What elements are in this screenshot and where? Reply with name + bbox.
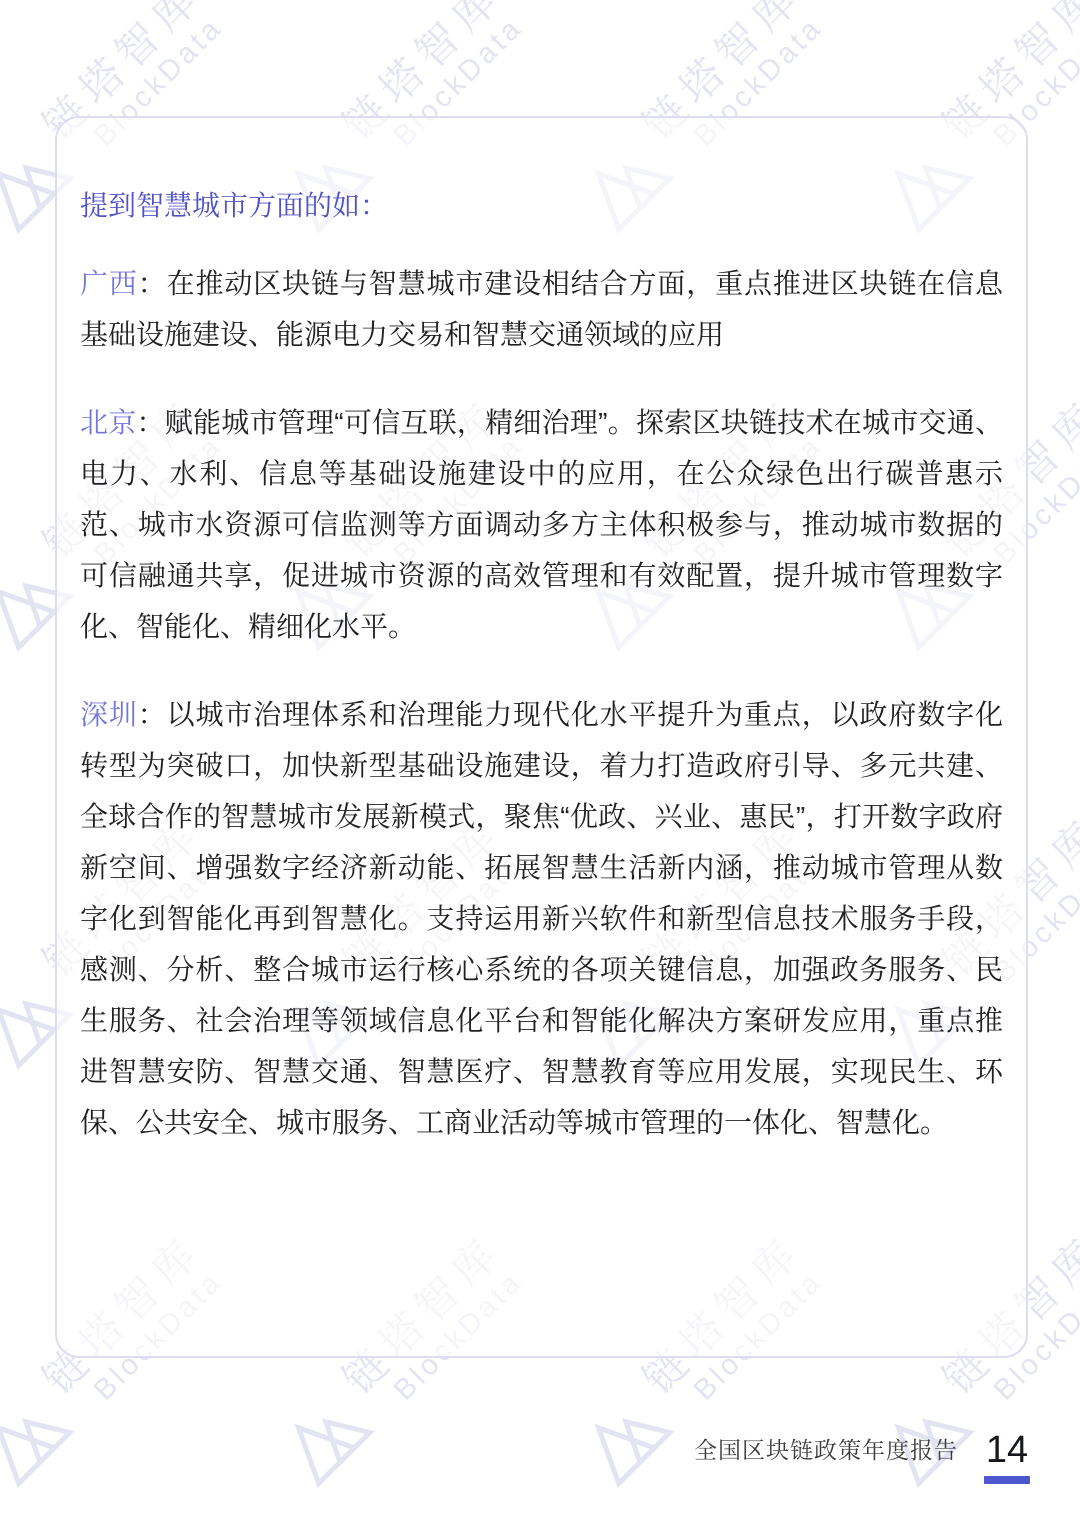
blockdata-logo-icon	[0, 1383, 79, 1493]
page-number: 14	[986, 1431, 1028, 1469]
paragraph-text-beijing: 赋能城市管理“可信互联，精细治理”。探索区块链技术在城市交通、电力、水利、信息等…	[80, 407, 1003, 642]
city-label-guangxi: 广西	[80, 268, 138, 299]
paragraph-text-guangxi: 在推动区块链与智慧城市建设相结合方面，重点推进区块链在信息基础设施建设、能源电力…	[80, 268, 1003, 350]
paragraph-guangxi: 广西：在推动区块链与智慧城市建设相结合方面，重点推进区块链在信息基础设施建设、能…	[80, 258, 1003, 360]
city-label-beijing: 北京	[80, 407, 137, 438]
page-number-underline	[984, 1476, 1030, 1484]
document-page: 链塔智库BlockData链塔智库BlockData链塔智库BlockData链…	[0, 0, 1080, 1526]
colon-shenzhen: ：	[138, 699, 167, 730]
content-card: 提到智慧城市方面的如： 广西：在推动区块链与智慧城市建设相结合方面，重点推进区块…	[55, 116, 1028, 1358]
colon-guangxi: ：	[138, 268, 167, 299]
paragraph-beijing: 北京：赋能城市管理“可信互联，精细治理”。探索区块链技术在城市交通、电力、水利、…	[80, 397, 1003, 652]
page-number-block: 14	[984, 1431, 1030, 1484]
section-heading: 提到智慧城市方面的如：	[80, 180, 1003, 231]
blockdata-logo-icon	[568, 1383, 678, 1493]
paragraph-text-shenzhen: 以城市治理体系和治理能力现代化水平提升为重点，以政府数字化转型为突破口，加快新型…	[80, 699, 1003, 1138]
paragraph-shenzhen: 深圳：以城市治理体系和治理能力现代化水平提升为重点，以政府数字化转型为突破口，加…	[80, 689, 1003, 1148]
colon-beijing: ：	[137, 407, 165, 438]
page-footer: 全国区块链政策年度报告 14	[694, 1431, 1030, 1484]
city-label-shenzhen: 深圳	[80, 699, 138, 730]
blockdata-logo-icon	[268, 1383, 378, 1493]
report-title: 全国区块链政策年度报告	[694, 1432, 958, 1484]
